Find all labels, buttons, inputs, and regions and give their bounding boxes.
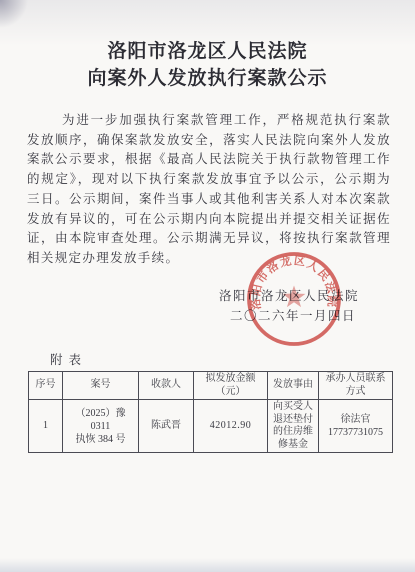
cell-no: 1 bbox=[29, 400, 63, 453]
col-header-reason: 发放事由 bbox=[268, 372, 319, 400]
title-line-1: 洛阳市洛龙区人民法院 bbox=[0, 38, 415, 65]
attachment-label: 附表 bbox=[50, 350, 87, 368]
col-header-case-no: 案号 bbox=[63, 372, 139, 400]
table-row: 1 （2025）豫 0311 执恢 384 号 陈武晋 42012.90 向买受… bbox=[29, 400, 393, 453]
cell-contact: 徐法官 17737731075 bbox=[319, 400, 393, 453]
notice-body: 为进一步加强执行案款管理工作，严格规范执行案款发放顺序，确保案款发放安全，落实人… bbox=[27, 111, 391, 269]
scan-shading-bottom bbox=[0, 558, 415, 572]
col-header-amount: 拟发放金额 （元） bbox=[194, 372, 268, 400]
star-icon bbox=[283, 286, 306, 308]
court-seal: 洛阳市洛龙区人民法院 bbox=[246, 251, 342, 347]
scan-shading-corner bbox=[0, 0, 60, 40]
col-header-no: 序号 bbox=[29, 372, 63, 400]
cell-reason: 向买受人退还垫付的住房维修基金 bbox=[268, 400, 319, 453]
col-header-contact: 承办人员联系 方式 bbox=[319, 372, 393, 400]
table-header-row: 序号 案号 收款人 拟发放金额 （元） 发放事由 承办人员联系 方式 bbox=[29, 372, 393, 400]
cell-payee: 陈武晋 bbox=[139, 400, 194, 453]
document-title: 洛阳市洛龙区人民法院 向案外人发放执行案款公示 bbox=[0, 38, 415, 92]
payout-table: 序号 案号 收款人 拟发放金额 （元） 发放事由 承办人员联系 方式 bbox=[28, 371, 393, 453]
title-line-2: 向案外人发放执行案款公示 bbox=[0, 65, 415, 92]
cell-case-no: （2025）豫 0311 执恢 384 号 bbox=[63, 400, 139, 453]
document-page: 洛阳市洛龙区人民法院 向案外人发放执行案款公示 为进一步加强执行案款管理工作，严… bbox=[0, 0, 415, 572]
col-header-payee: 收款人 bbox=[139, 372, 194, 400]
cell-amount: 42012.90 bbox=[194, 400, 268, 453]
